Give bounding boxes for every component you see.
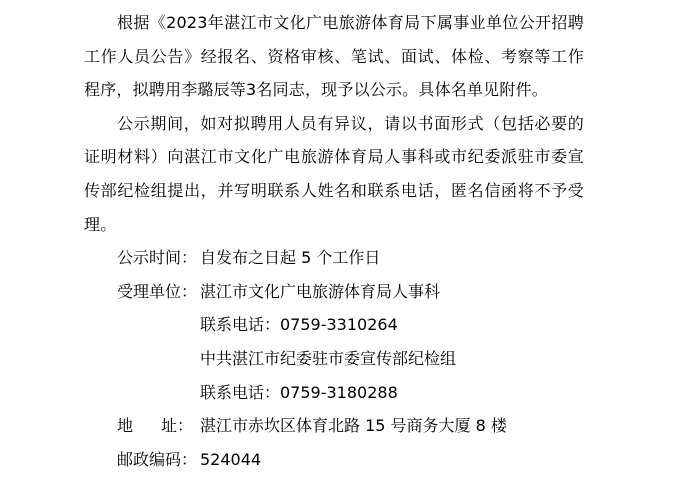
unit-2-phone: 联系电话：0759-3180288: [200, 376, 398, 410]
accepting-unit-2-name: 中共湛江市纪委驻市委宣传部纪检组: [200, 342, 456, 376]
publicity-period-row: 公示时间： 自发布之日起 5 个工作日: [84, 241, 584, 275]
accepting-unit-1-name: 湛江市文化广电旅游体育局人事科: [200, 275, 440, 309]
postcode-value: 524044: [200, 443, 261, 477]
address-value: 湛江市赤坎区体育北路 15 号商务大厦 8 楼: [200, 409, 507, 443]
unit-2-name-row: 中共湛江市纪委驻市委宣传部纪检组: [84, 342, 584, 376]
accepting-unit-label: 受理单位：: [117, 275, 200, 309]
postcode-row: 邮政编码： 524044: [84, 443, 584, 477]
paragraph-objection-notice: 公示期间，如对拟聘用人员有异议，请以书面形式（包括必要的证明材料）向湛江市文化广…: [84, 107, 584, 241]
unit-1-phone: 联系电话：0759-3310264: [200, 308, 398, 342]
unit-1-phone-row: 联系电话：0759-3310264: [84, 308, 584, 342]
address-row: 地 址： 湛江市赤坎区体育北路 15 号商务大厦 8 楼: [84, 409, 584, 443]
accepting-unit-row: 受理单位： 湛江市文化广电旅游体育局人事科: [84, 275, 584, 309]
unit-2-phone-row: 联系电话：0759-3180288: [84, 376, 584, 410]
announcement-document: 根据《2023年湛江市文化广电旅游体育局下属事业单位公开招聘工作人员公告》经报名…: [84, 6, 584, 476]
address-label: 地 址：: [117, 409, 193, 443]
postcode-label: 邮政编码：: [117, 443, 200, 477]
publicity-period-value: 自发布之日起 5 个工作日: [200, 241, 380, 275]
publicity-period-label: 公示时间：: [117, 241, 200, 275]
paragraph-announcement: 根据《2023年湛江市文化广电旅游体育局下属事业单位公开招聘工作人员公告》经报名…: [84, 6, 584, 107]
